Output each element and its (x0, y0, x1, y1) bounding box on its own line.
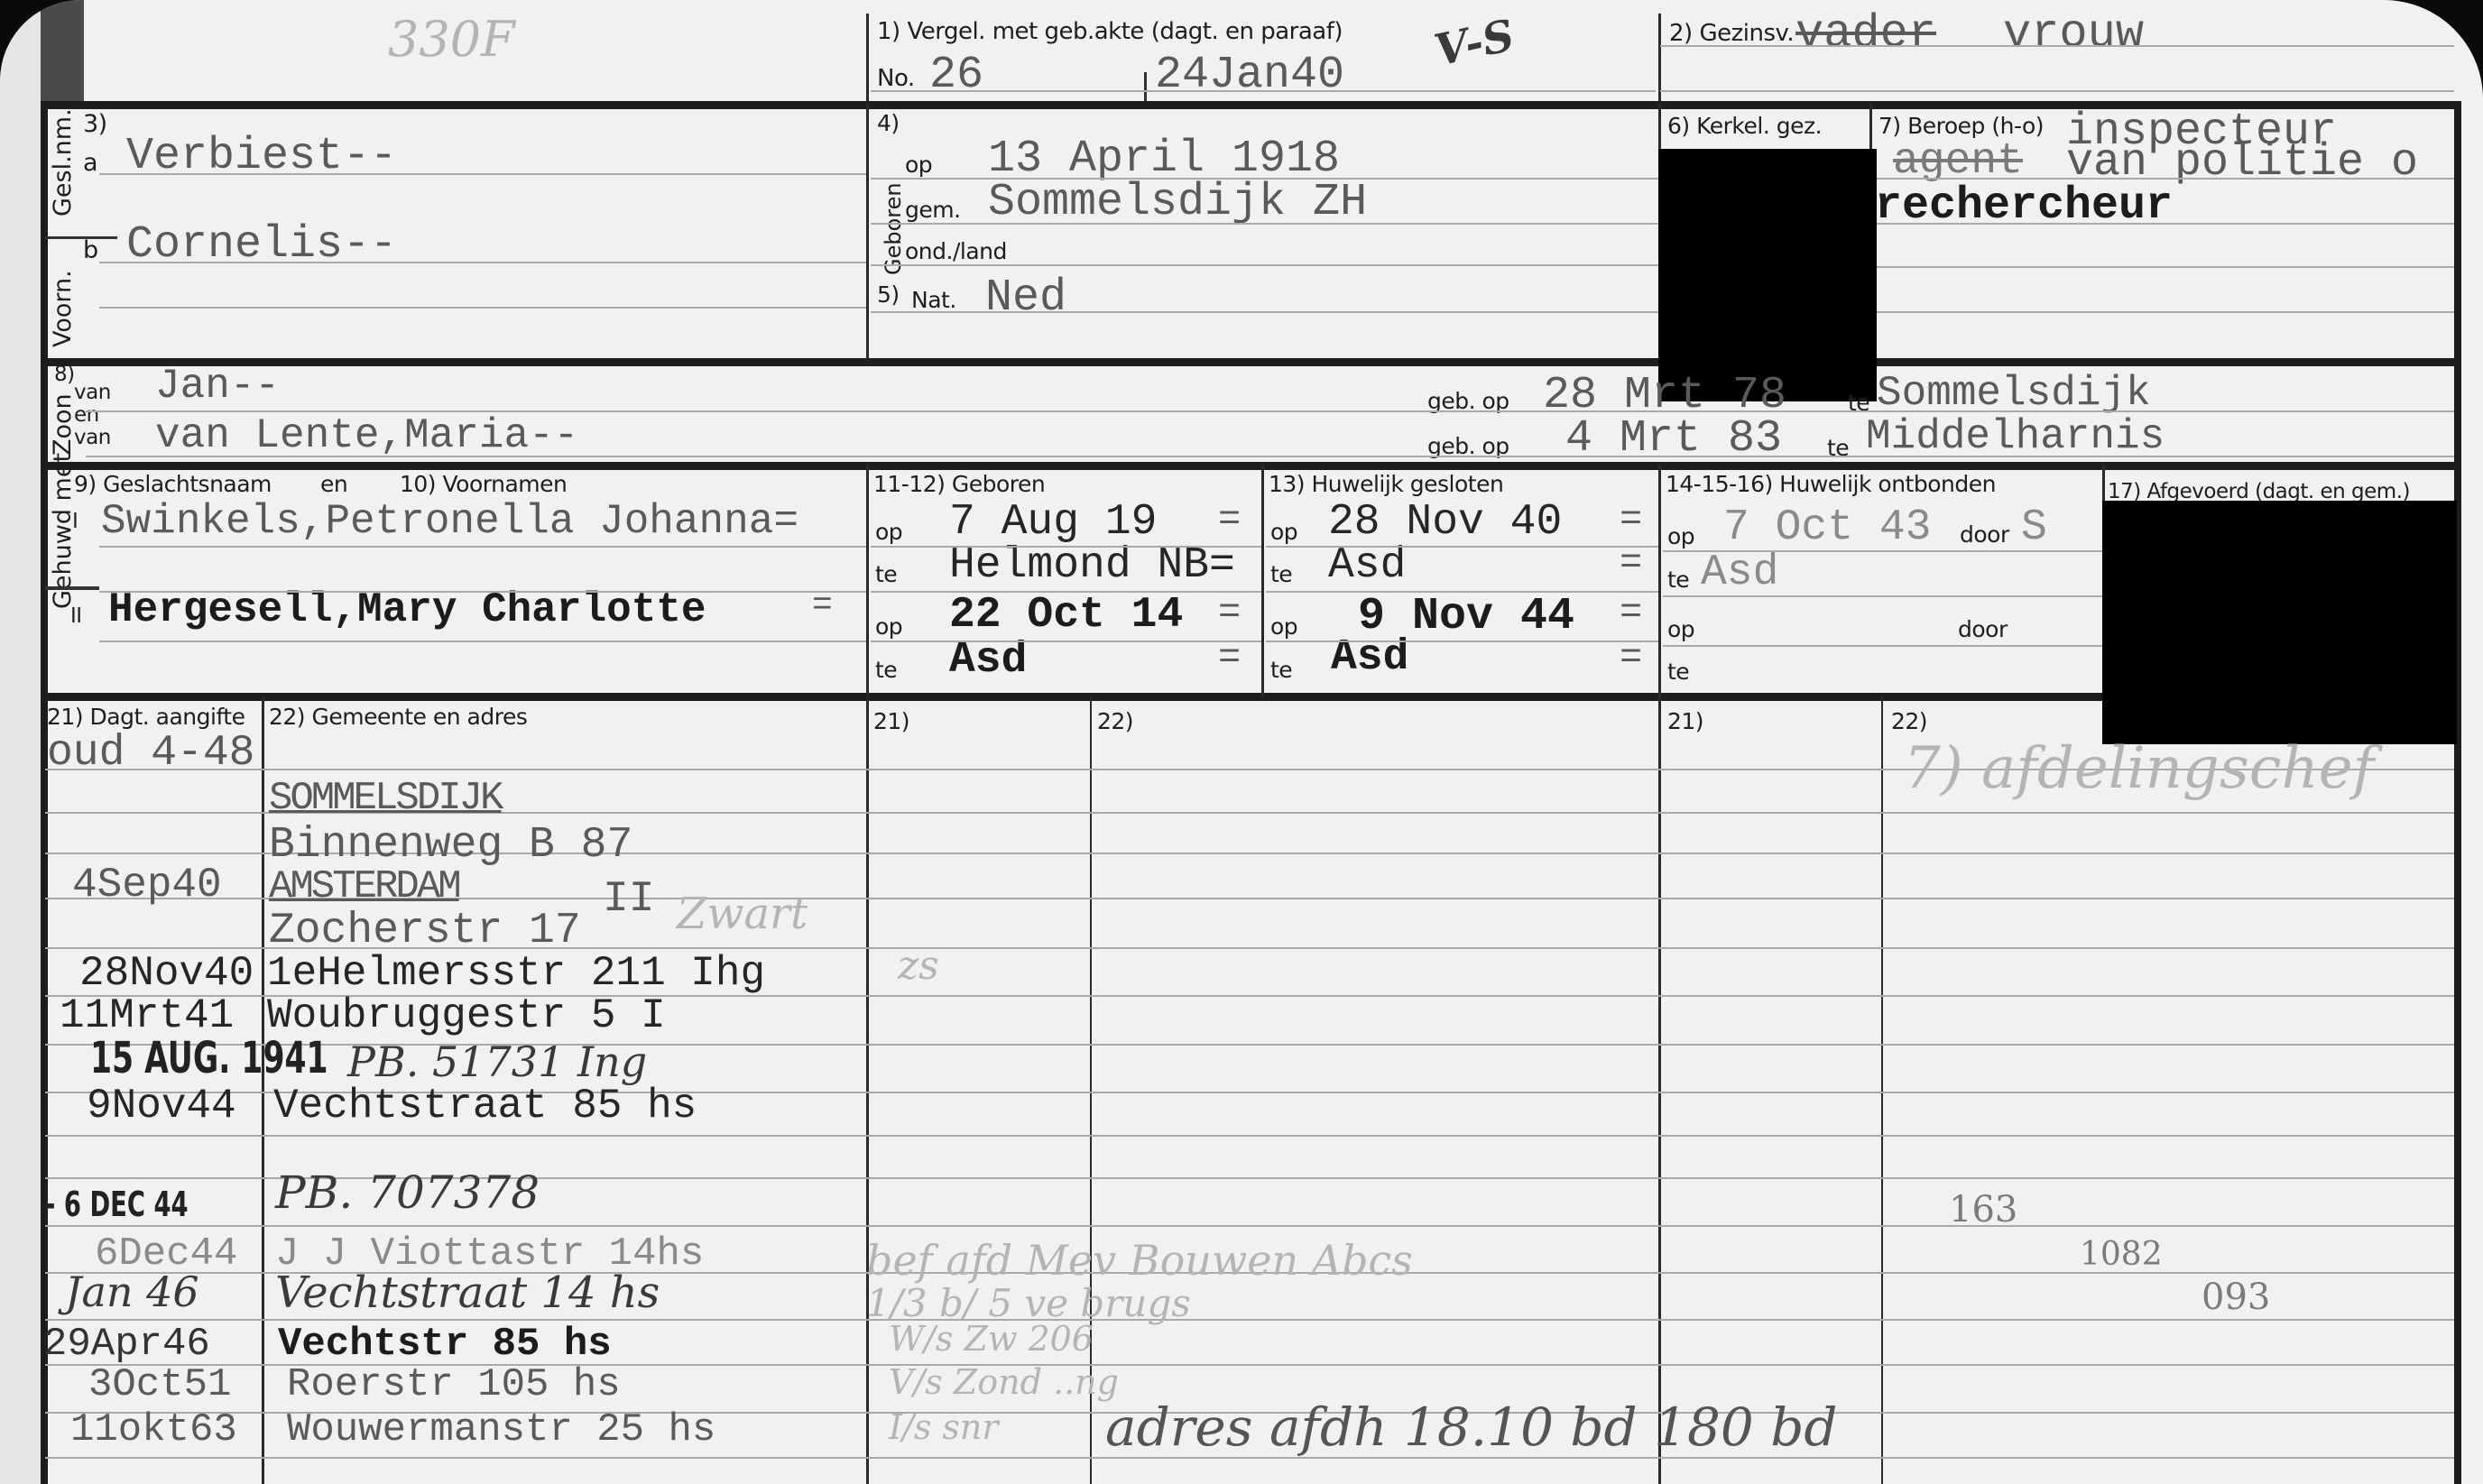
divider (866, 465, 869, 697)
rule (1660, 90, 2454, 92)
col22-label-3: 22) (1891, 708, 1927, 734)
field8-number: 8) (54, 363, 75, 386)
divider (1261, 465, 1264, 697)
married-op2: op (1270, 613, 1297, 640)
mother-birth-place: Middelharnis (1866, 413, 2165, 460)
rule (1266, 591, 1658, 593)
col-born-label: 11-12) Geboren (873, 471, 1045, 497)
handwritten-note: bef afd Mev Bouwen Abcs (866, 1236, 1413, 1285)
frame-row-8-top (41, 358, 2461, 366)
spouse2-index: II (70, 604, 82, 628)
church-label: 6) Kerkel. gez. (1667, 113, 1822, 139)
rule (871, 546, 1261, 548)
field3-b-label: b (83, 236, 98, 264)
rule (86, 410, 2454, 412)
dissolved-op1: op (1667, 523, 1694, 549)
born-te1: te (875, 561, 897, 587)
field3-a-label: a (83, 149, 97, 177)
spouse2-name: Hergesell,Mary Charlotte (108, 586, 706, 633)
rule (86, 456, 2454, 457)
side-label-surname: Gesl.nm. (49, 108, 77, 217)
redaction-church (1658, 149, 1877, 401)
rule (871, 311, 1658, 313)
col-married-label: 13) Huwelijk gesloten (1269, 471, 1503, 497)
rule (1663, 595, 2102, 597)
side-label-born: Geboren (881, 182, 906, 275)
rule (871, 641, 1261, 642)
parents-van-label: van (74, 381, 111, 404)
divider (1658, 465, 1661, 697)
col-given-label: 10) Voornamen (400, 471, 567, 497)
rule (871, 223, 1658, 225)
address-note: Zwart (677, 889, 808, 939)
eq: = (1620, 498, 1642, 541)
rule (871, 264, 1658, 266)
divider (45, 586, 99, 590)
rule (45, 1319, 2454, 1321)
address-text: PB. 707378 (275, 1166, 540, 1219)
rule (1266, 641, 1658, 642)
born-te2: te (875, 657, 897, 683)
address-text: Vechtstr 85 hs (278, 1322, 612, 1367)
married-te2: te (1270, 657, 1292, 683)
married-op1: op (1270, 519, 1297, 545)
address-date: oud 4-48 (47, 729, 254, 778)
field1-no-value: 26 (929, 50, 983, 101)
spouse1-index: I (72, 510, 78, 533)
frame-right-lower (2454, 744, 2461, 1484)
divider (866, 14, 869, 104)
parents-van2-label: van (74, 426, 111, 449)
born-op1: op (875, 519, 902, 545)
divider (1658, 696, 1661, 1484)
col22-label-2: 22) (1097, 708, 1133, 734)
rule (871, 178, 1658, 180)
rule (45, 1135, 2454, 1137)
field1-paraaf-signature: V-S (1430, 10, 1518, 76)
field2-label: 2) Gezinsv. (1669, 20, 1794, 47)
occupation-label: 7) Beroep (h-o) (1878, 113, 2044, 139)
divider (1881, 696, 1883, 1484)
field2-value: vrouw (2003, 7, 2144, 60)
dissolved-te2: te (1667, 659, 1689, 685)
address-text: Vechtstraat 14 hs (275, 1267, 660, 1318)
field3-number: 3) (83, 110, 107, 138)
address-date: 11okt63 (70, 1407, 237, 1452)
col21-label-2: 21) (873, 708, 909, 734)
divider (45, 236, 117, 239)
col-surname-label: 9) Geslachtsnaam (74, 471, 272, 497)
dissolved-door1: door (1960, 521, 2009, 548)
redaction-removed (2102, 501, 2457, 744)
rule (99, 641, 866, 642)
parents-en-label: en (74, 403, 99, 427)
handwritten-note: 7) afdelingschef (1904, 735, 2374, 802)
divider (866, 696, 869, 1484)
address-date: 9Nov44 (87, 1083, 236, 1129)
address-text: AMSTERDAM (269, 864, 459, 909)
spouse1-born-on: 7 Aug 19 (949, 498, 1157, 547)
address-text: SOMMELSDIJK (269, 776, 501, 821)
born-on-label: op (905, 152, 932, 178)
rule (1663, 550, 2102, 552)
divider (866, 104, 869, 361)
field2-struck-value: vader (1795, 7, 1936, 60)
address-date: 29Apr46 (43, 1322, 210, 1367)
rule (1266, 546, 1658, 548)
address-text: Wouwermanstr 25 hs (287, 1407, 715, 1452)
frame-row-9-top (41, 462, 2461, 470)
born-municipality-value: Sommelsdijk ZH (988, 177, 1367, 228)
handwritten-note: W/s Zw 206 (889, 1319, 1094, 1359)
address-text: Roerstr 105 hs (287, 1362, 621, 1407)
dissolved-door2: door (1958, 616, 2008, 642)
handwritten-number: 163 (1949, 1189, 2017, 1231)
eq: = (1620, 636, 1642, 679)
born-municipality-label: gem. (905, 197, 961, 223)
spouse1-dissolved-on: 7 Oct 43 (1723, 503, 1931, 552)
spouse2-born-at: Asd (949, 636, 1027, 685)
handwritten-note: adres afdh 18.10 bd 180 bd (1105, 1396, 1838, 1458)
col21-label-3: 21) (1667, 708, 1703, 734)
handwritten-number: 093 (2201, 1277, 2270, 1318)
divider (1144, 72, 1147, 101)
spouse1-dissolved-by: S (2021, 503, 2047, 552)
eq: = (1218, 591, 1241, 634)
frame-left (41, 101, 48, 1484)
col-en-label: en (320, 471, 347, 497)
address-date: 4Sep40 (72, 862, 222, 908)
divider (262, 696, 264, 1484)
field1-label: 1) Vergel. met geb.akte (dagt. en paraaf… (877, 18, 1343, 45)
address-text: Binnenweg B 87 (269, 821, 632, 870)
frame-row-21-top (41, 693, 2107, 701)
rule (1660, 45, 2454, 47)
address-date-stamp: - 6 DEC 44 (45, 1184, 189, 1224)
eq: = (1620, 591, 1642, 634)
born-country-label: ond./land (905, 238, 1007, 264)
dissolved-op2: op (1667, 616, 1694, 642)
address-date: 28Nov40 (79, 950, 254, 997)
field5-number: 5) (877, 281, 900, 308)
eq: = (1218, 636, 1241, 679)
handwritten-number: 1082 (2080, 1236, 2163, 1273)
eq: = (1218, 498, 1241, 541)
spouse1-married-at: Asd (1328, 541, 1406, 590)
nationality-value: Ned (985, 272, 1066, 324)
col22-label: 22) Gemeente en adres (269, 704, 527, 730)
rule (99, 173, 866, 175)
rule (871, 90, 1656, 92)
col-dissolved-label: 14-15-16) Huwelijk ontbonden (1666, 471, 1996, 497)
handwritten-note: V/s Zond ..ng (889, 1362, 1119, 1402)
spouse1-married-on: 28 Nov 40 (1328, 498, 1562, 547)
left-margin (0, 0, 41, 1484)
address-date: 3Oct51 (88, 1362, 231, 1407)
rule (871, 591, 1261, 593)
father-name: Jan-- (155, 363, 280, 410)
rule (45, 1225, 2454, 1227)
married-te1: te (1270, 561, 1292, 587)
field1-no-label: No. (877, 65, 915, 92)
field1-date: 24Jan40 (1155, 50, 1344, 101)
dissolved-te1: te (1667, 567, 1689, 593)
side-label-given: Voorn. (49, 270, 77, 347)
born-op2: op (875, 613, 902, 640)
side-label-son: Zoon (49, 393, 77, 456)
address-text: 1eHelmersstr 211 Ihg (267, 950, 765, 997)
card-binding-strip (41, 0, 84, 104)
registration-card: 330F 1) Vergel. met geb.akte (dagt. en p… (0, 0, 2483, 1484)
spouse1-dissolved-at: Asd (1701, 548, 1778, 597)
handwritten-note: I/s snr (889, 1407, 999, 1447)
mother-name: van Lente,Maria-- (155, 412, 578, 459)
rule (99, 591, 866, 593)
rule (99, 262, 866, 263)
address-suffix: II (603, 875, 655, 924)
rule (99, 307, 866, 309)
rule (99, 546, 866, 548)
eq: = (1620, 541, 1642, 585)
spouse2-born-on: 22 Oct 14 (949, 591, 1183, 640)
col21-label: 21) Dagt. aangifte (47, 704, 245, 730)
address-date-stamp: 15 AUG. 1941 (90, 1033, 328, 1083)
spouse1-born-at: Helmond NB= (949, 541, 1235, 590)
address-date: Jan 46 (65, 1267, 199, 1316)
address-text: Zocherstr 17 (269, 907, 581, 955)
address-text: Vechtstraat 85 hs (273, 1083, 697, 1129)
rule (1663, 645, 2102, 647)
nationality-label: Nat. (911, 287, 956, 313)
spouse1-name: Swinkels,Petronella Johanna= (101, 498, 798, 545)
handwritten-note: zs (898, 943, 939, 989)
field4-number: 4) (877, 110, 900, 136)
address-text: PB. 51731 Ing (347, 1037, 647, 1086)
corner-note: 330F (388, 11, 515, 68)
